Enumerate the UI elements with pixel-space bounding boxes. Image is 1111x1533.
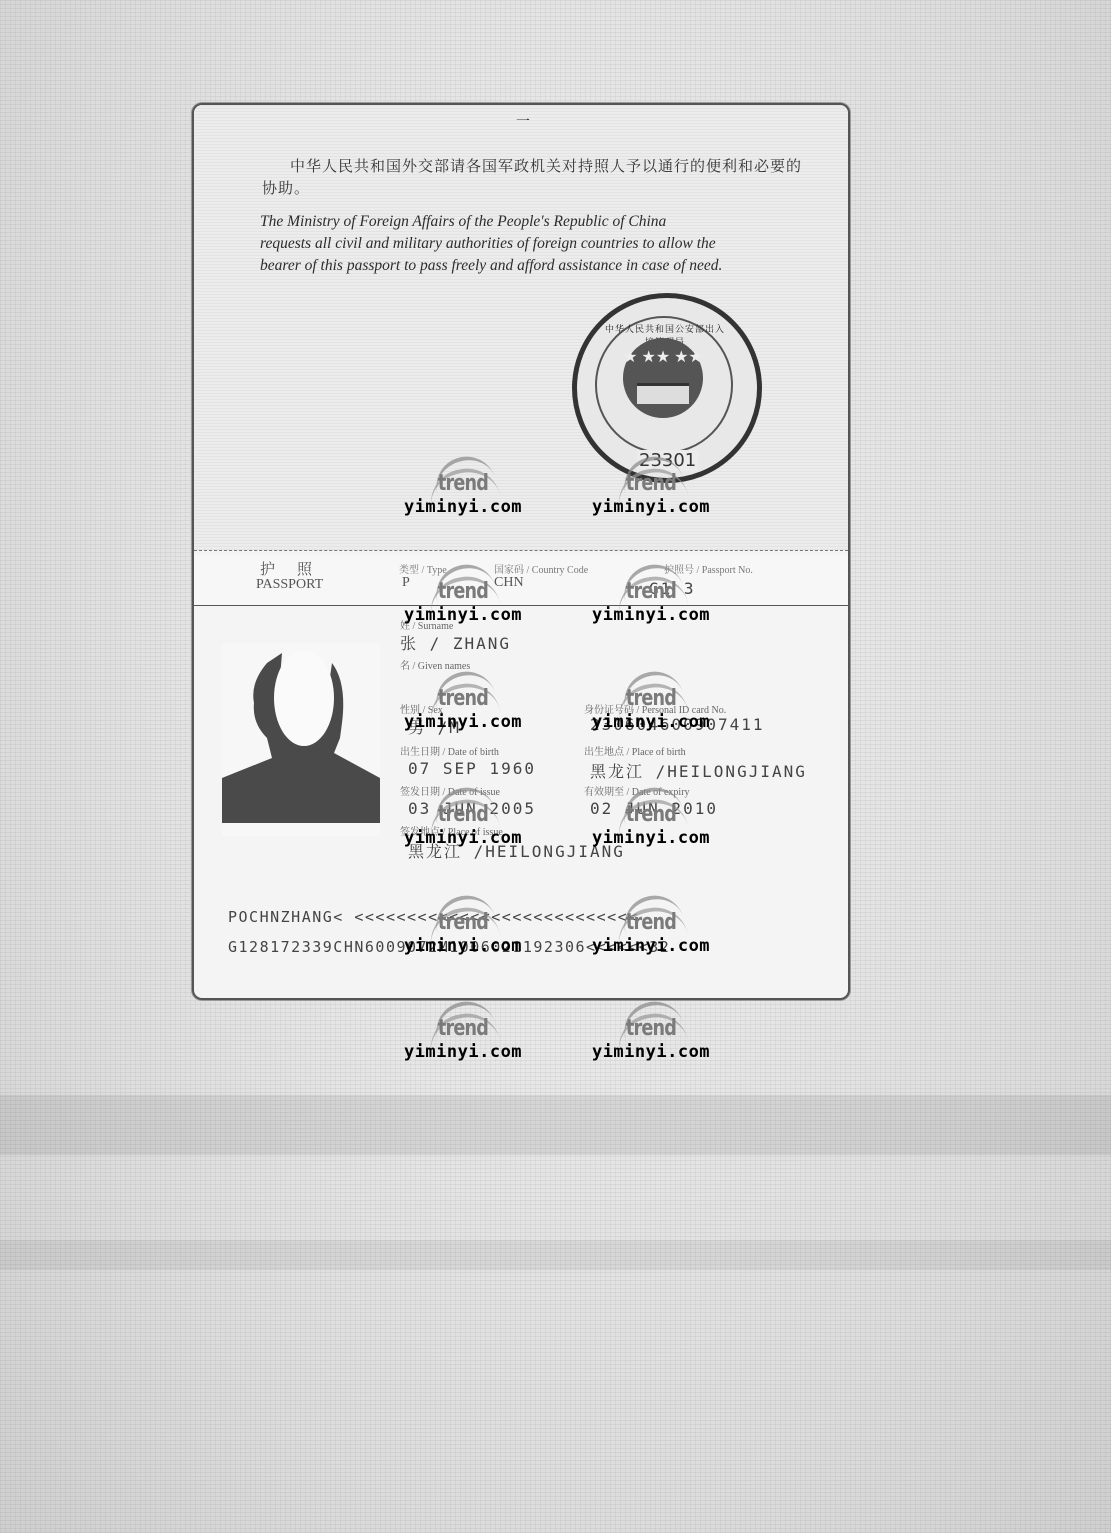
country-code-value: CHN xyxy=(494,575,524,591)
passport-title-en: PASSPORT xyxy=(256,577,323,593)
type-label: 类型 / Type xyxy=(399,561,447,576)
place-of-issue-label: 签发地点 / Place of issue xyxy=(400,823,503,838)
scan-artifact-band xyxy=(0,1095,1111,1155)
notice-english-line: requests all civil and military authorit… xyxy=(260,233,788,255)
passport-number-value: G1 3 xyxy=(649,579,696,598)
passport-title-zh: 护照 xyxy=(260,558,334,579)
holder-photo xyxy=(222,643,380,836)
passport-page: 一 中华人民共和国外交部请各国军政机关对持照人予以通行的便利和必要的协助。 Th… xyxy=(192,103,850,1000)
notice-english-line: The Ministry of Foreign Affairs of the P… xyxy=(260,211,788,233)
national-emblem-icon: ★ ★★ ★★ xyxy=(623,338,703,418)
page-number: 一 xyxy=(516,111,530,131)
seal-code: 23301 xyxy=(637,450,698,471)
given-names-label: 名 / Given names xyxy=(400,657,470,672)
id-card-label: 身份证号码 / Personal ID card No. xyxy=(584,701,726,716)
scan-artifact-band xyxy=(0,1240,1111,1270)
place-of-birth-value: 黑龙江 /HEILONGJIANG xyxy=(590,759,807,782)
surname-label: 姓 / Surname xyxy=(400,617,453,632)
mrz-line-1: POCHNZHANG< <<<<<<<<<<<<<<<<<<<<<<<<<<< xyxy=(228,908,639,926)
tiananmen-icon xyxy=(637,383,689,404)
passport-number-label: 护照号 / Passport No. xyxy=(664,561,753,576)
date-of-expiry-value: 02 JUN 2010 xyxy=(590,799,718,818)
stars-icon: ★ ★★ ★★ xyxy=(623,350,703,366)
date-of-expiry-label: 有效期至 / Date of expiry xyxy=(584,783,690,798)
official-seal: 中华人民共和国公安部出入境管理局 ★ ★★ ★★ 23301 xyxy=(572,293,762,483)
observation-page: 一 中华人民共和国外交部请各国军政机关对持照人予以通行的便利和必要的协助。 Th… xyxy=(194,105,848,550)
date-of-issue-value: 03 JUN 2005 xyxy=(408,799,536,818)
place-of-issue-value: 黑龙江 /HEILONGJIANG xyxy=(408,839,625,862)
notice-english: The Ministry of Foreign Affairs of the P… xyxy=(260,211,788,277)
place-of-birth-label: 出生地点 / Place of birth xyxy=(584,743,686,758)
id-card-value: 230604600907411 xyxy=(590,715,765,734)
date-of-birth-value: 07 SEP 1960 xyxy=(408,759,536,778)
sex-value: 男 /M xyxy=(408,715,461,738)
portrait-silhouette-icon xyxy=(222,643,380,836)
date-of-birth-label: 出生日期 / Date of birth xyxy=(400,743,499,758)
type-value: P xyxy=(402,575,410,591)
page-fold-line xyxy=(194,550,848,551)
sex-label: 性别 / Sex xyxy=(400,701,443,716)
passport-header: 护照 PASSPORT 类型 / Type P 国家码 / Country Co… xyxy=(194,555,848,606)
country-code-label: 国家码 / Country Code xyxy=(494,561,588,576)
notice-chinese: 中华人民共和国外交部请各国军政机关对持照人予以通行的便利和必要的协助。 xyxy=(262,155,802,199)
surname-value: 张 / ZHANG xyxy=(400,631,511,654)
mrz-line-2: G128172339CHN6009072M1006021192306<<<<<<… xyxy=(228,938,670,956)
date-of-issue-label: 签发日期 / Date of issue xyxy=(400,783,500,798)
notice-english-line: bearer of this passport to pass freely a… xyxy=(260,255,788,277)
